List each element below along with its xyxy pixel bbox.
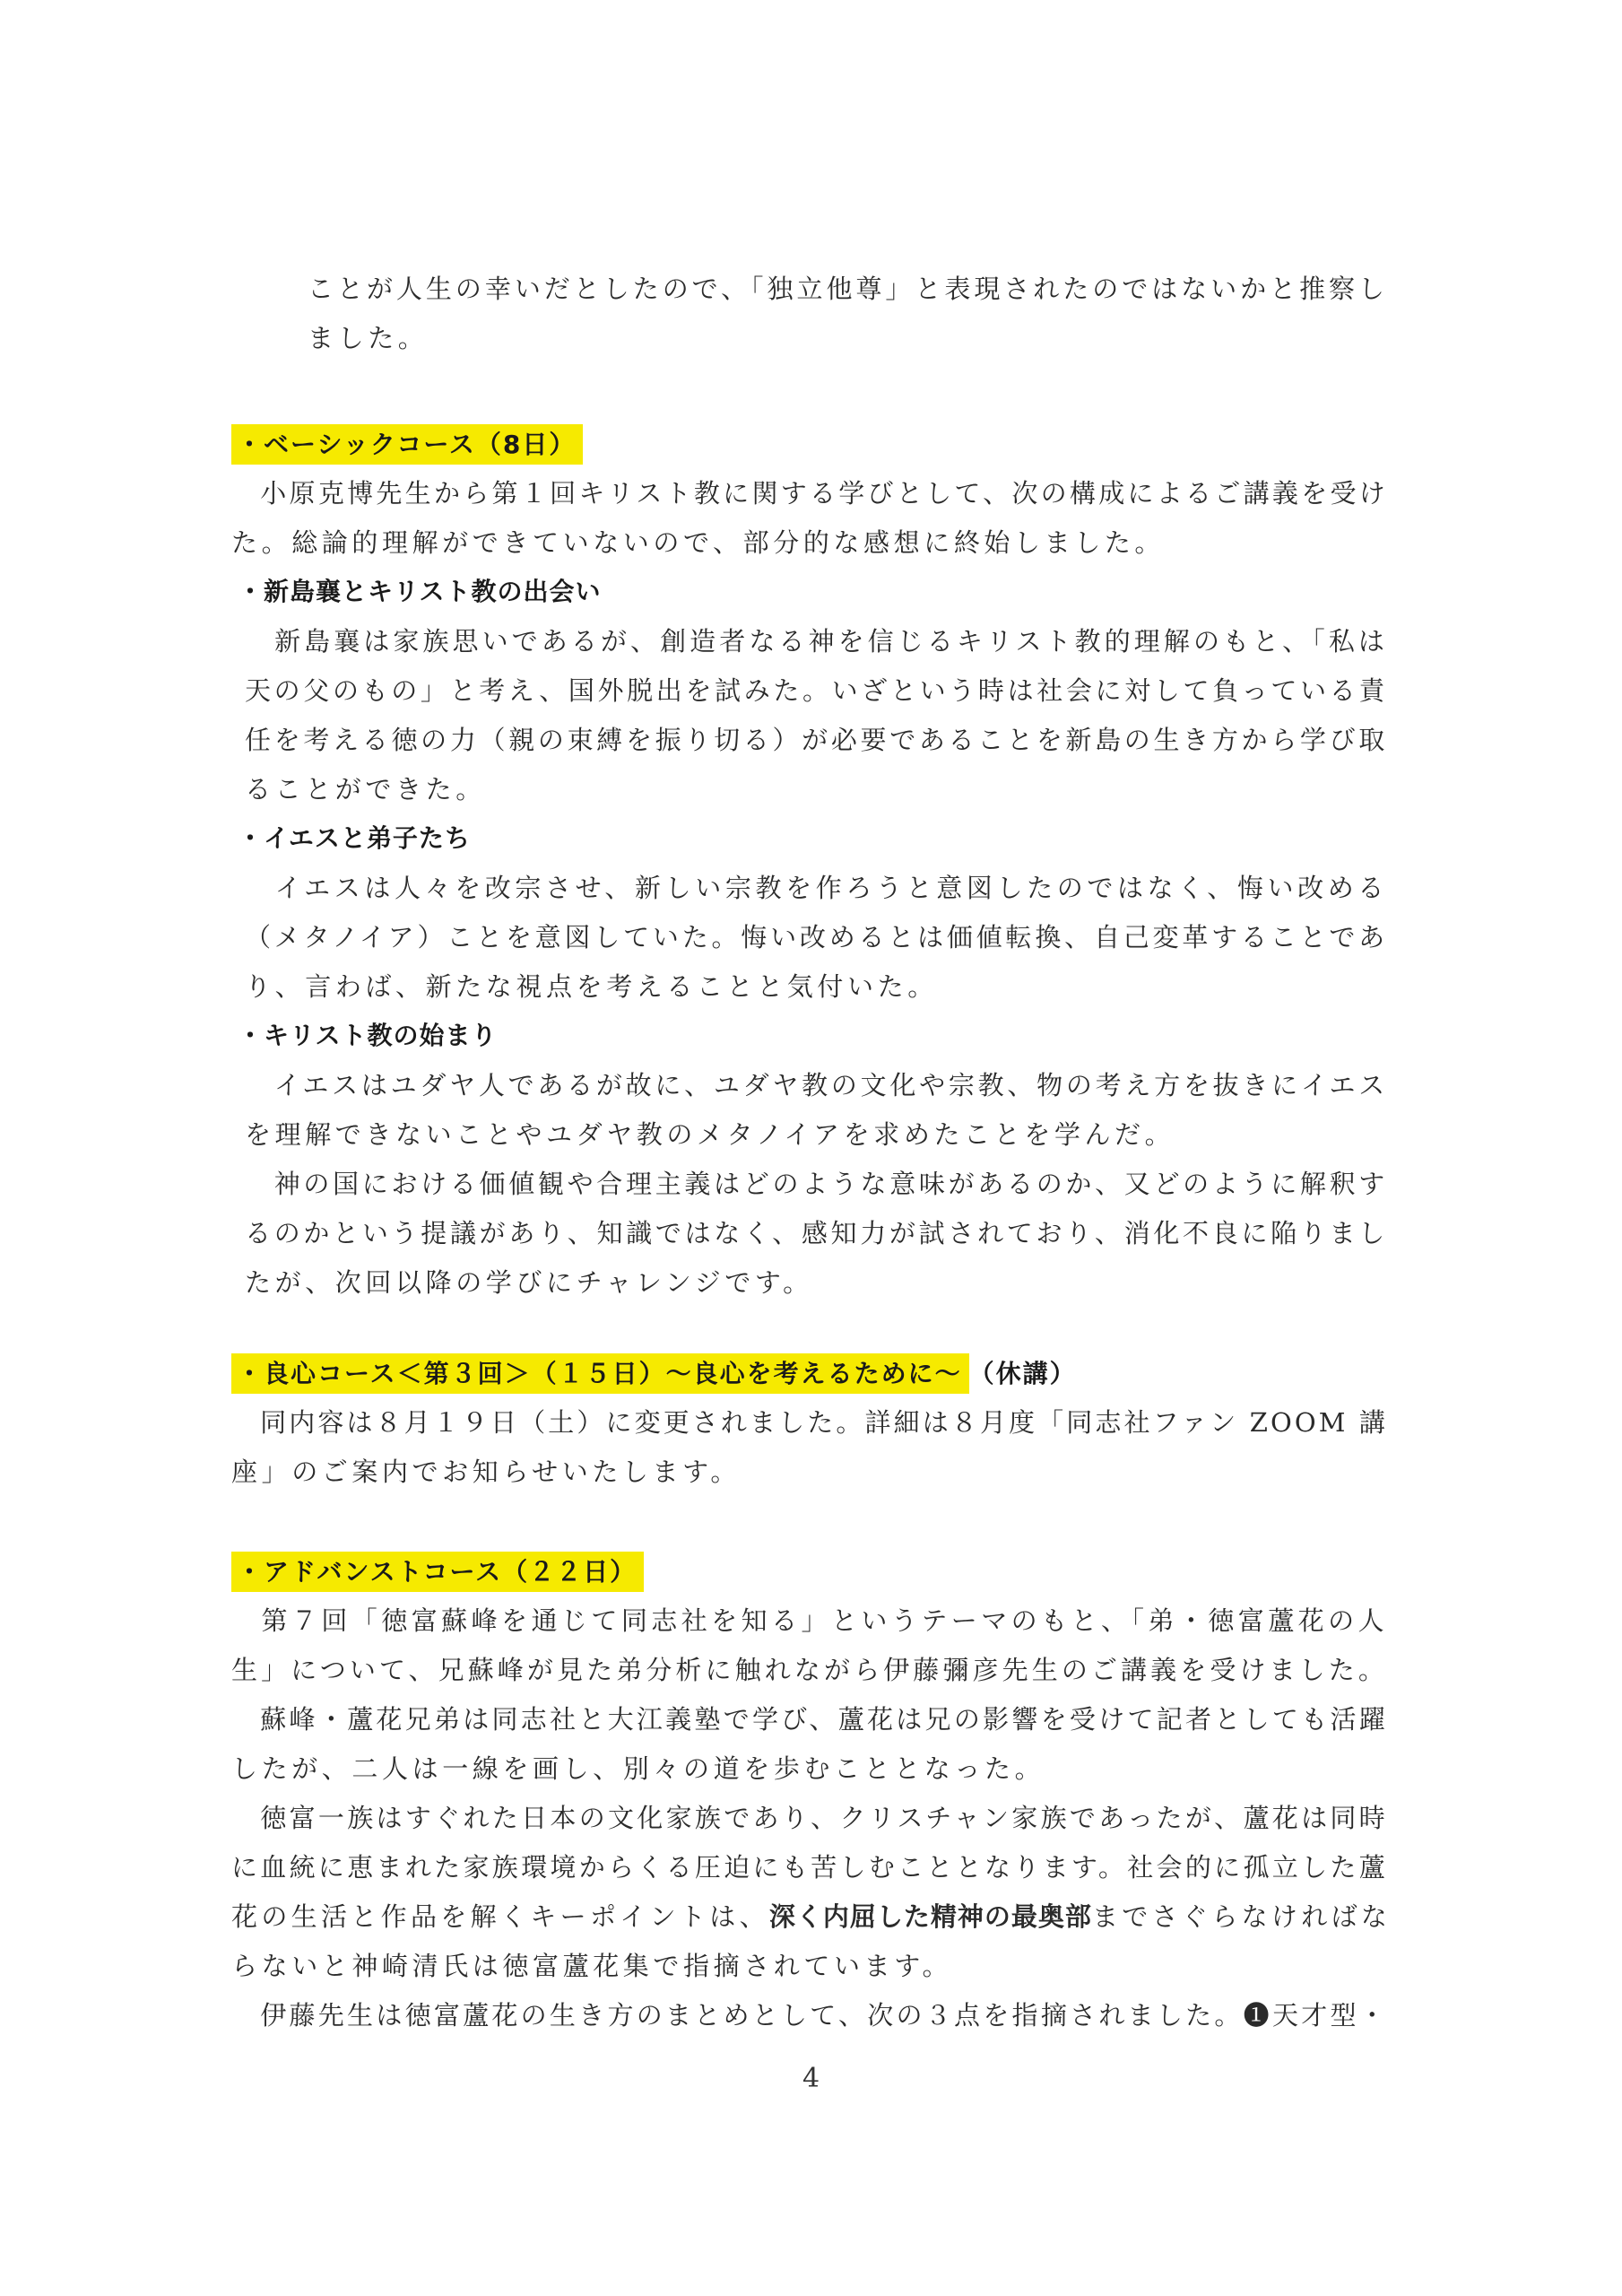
topic-jesus-line-1: イエスは人々を改宗させ、新しい宗教を作ろうと意図したのではなく、悔い改める: [245, 870, 1388, 906]
conscience-line-2: 座」のご案内でお知らせいたします。: [231, 1454, 741, 1490]
intro-line-2: ました。: [308, 320, 428, 356]
basic-course-heading: ・ベーシックコース（8日）: [231, 427, 583, 463]
topic-origin-line-5: たが、次回以降の学びにチャレンジです。: [245, 1265, 813, 1300]
text-after: までさぐらなければな: [1092, 1901, 1391, 1932]
advanced-line-8: 伊藤先生は徳富蘆花の生き方のまとめとして、次の３点を指摘されました。❶天才型・: [231, 1997, 1388, 2033]
topic-title-origin: ・キリスト教の始まり: [238, 1018, 497, 1054]
topic-origin-line-2: を理解できないことやユダヤ教のメタノイアを求めたことを学んだ。: [245, 1117, 1175, 1152]
bold-emphasis: 深く内屈した精神の最奥部: [769, 1901, 1092, 1932]
topic-niijima-line-3: 任を考える徳の力（親の束縛を振り切る）が必要であることを新島の生き方から学び取: [245, 722, 1388, 758]
highlight: ・良心コース＜第３回＞（１５日）～良心を考えるために～: [231, 1353, 969, 1394]
advanced-line-1: 第７回「徳富蘇峰を通じて同志社を知る」というテーマのもと、「弟・徳富蘆花の人: [231, 1603, 1388, 1639]
advanced-emphasis-line: 花の生活と作品を解くキーポイントは、深く内屈した精神の最奥部までさぐらなければな: [231, 1899, 1391, 1935]
basic-intro-line-2: た。総論的理解ができていないので、部分的な感想に終始しました。: [231, 525, 1165, 561]
topic-origin-line-1: イエスはユダヤ人であるが故に、ユダヤ教の文化や宗教、物の考え方を抜きにイエス: [245, 1067, 1388, 1103]
basic-intro-line-1: 小原克博先生から第１回キリスト教に関する学びとして、次の構成によるご講義を受け: [231, 475, 1388, 511]
highlight: ・アドバンストコース（２２日）: [231, 1552, 644, 1592]
page-number: 4: [0, 2063, 1622, 2094]
intro-line-1: ことが人生の幸いだとしたので、「独立他尊」と表現されたのではないかと推察し: [308, 271, 1388, 307]
conscience-course-heading: ・良心コース＜第３回＞（１５日）～良心を考えるために～（休講）: [231, 1356, 1077, 1392]
advanced-line-7: らないと神崎清氏は徳富蘆花集で指摘されています。: [231, 1948, 952, 1984]
topic-title-niijima: ・新島襄とキリスト教の出会い: [238, 574, 601, 610]
advanced-line-3: 蘇峰・蘆花兄弟は同志社と大江義塾で学び、蘆花は兄の影響を受けて記者としても活躍: [231, 1701, 1388, 1737]
topic-jesus-line-2: （メタノイア）ことを意図していた。悔い改めるとは価値転換、自己変革することであ: [245, 919, 1388, 955]
advanced-line-5: 徳富一族はすぐれた日本の文化家族であり、クリスチャン家族であったが、蘆花は同時: [231, 1800, 1388, 1836]
highlight: ・ベーシックコース（8日）: [231, 424, 583, 465]
topic-niijima-line-1: 新島襄は家族思いであるが、創造者なる神を信じるキリスト教的理解のもと、「私は: [245, 623, 1388, 659]
topic-niijima-line-2: 天の父のもの」と考え、国外脱出を試みた。いざという時は社会に対して負っている責: [245, 673, 1388, 709]
topic-jesus-line-3: り、言わば、新たな視点を考えることと気付いた。: [245, 969, 938, 1004]
advanced-course-heading: ・アドバンストコース（２２日）: [231, 1554, 644, 1590]
advanced-line-4: したが、二人は一線を画し、別々の道を歩むこととなった。: [231, 1751, 1045, 1787]
advanced-line-6: に血統に恵まれた家族環境からくる圧迫にも苦しむこととなります。社会的に孤立した蘆: [231, 1849, 1388, 1885]
advanced-line-2: 生」について、兄蘇峰が見た弟分析に触れながら伊藤彌彦先生のご講義を受けました。: [231, 1652, 1388, 1688]
topic-title-jesus: ・イエスと弟子たち: [238, 821, 471, 857]
document-page: ことが人生の幸いだとしたので、「独立他尊」と表現されたのではないかと推察し まし…: [0, 0, 1622, 2296]
conscience-line-1: 同内容は８月１９日（土）に変更されました。詳細は８月度「同志社ファン ZOOM …: [231, 1405, 1388, 1440]
text-before: 花の生活と作品を解くキーポイントは、: [231, 1901, 769, 1932]
topic-origin-line-3: 神の国における価値観や合理主義はどのような意味があるのか、又どのように解釈す: [245, 1166, 1388, 1202]
topic-origin-line-4: るのかという提議があり、知識ではなく、感知力が試されており、消化不良に陥りまし: [245, 1215, 1388, 1251]
topic-niijima-line-4: ることができた。: [245, 771, 486, 807]
cancelled-label: （休講）: [969, 1359, 1077, 1388]
